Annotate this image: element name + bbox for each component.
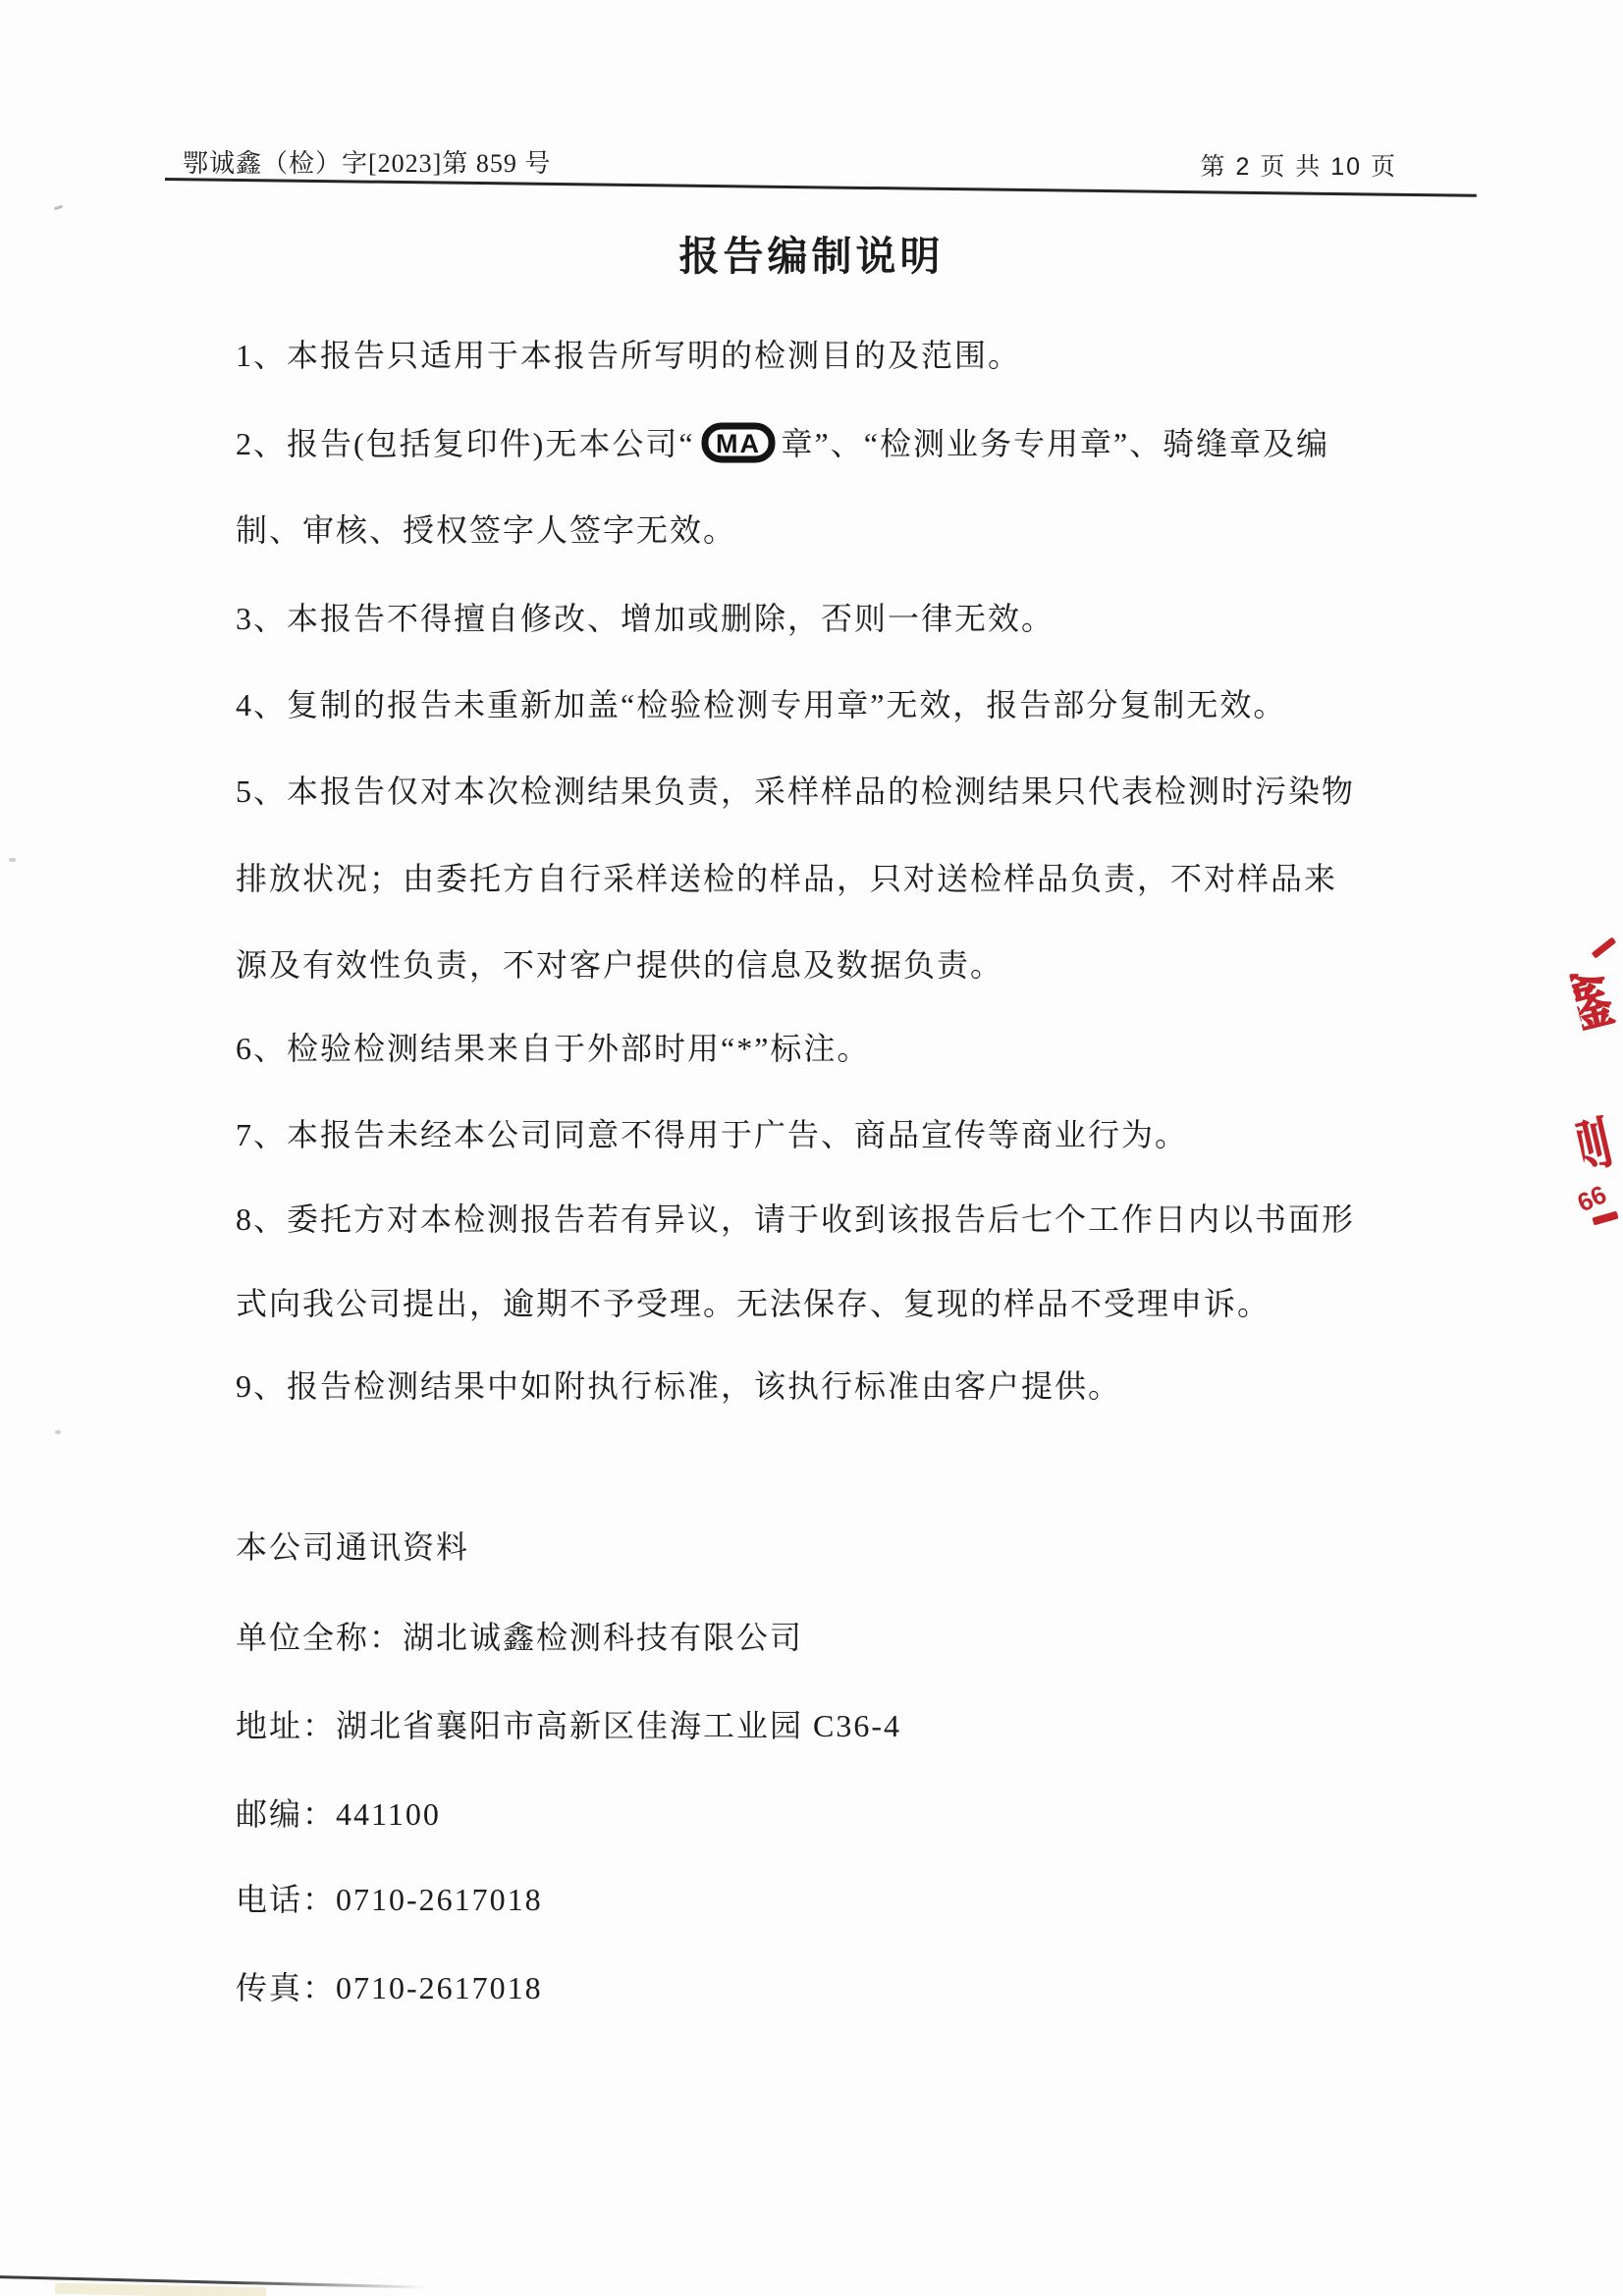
note-item-5-line-3: 源及有效性负责，不对客户提供的信息及数据负责。	[236, 945, 1003, 985]
cma-letters: MA	[716, 429, 761, 458]
contact-phone-label: 电话：	[236, 1882, 336, 1917]
note-item-6: 6、检验检测结果来自于外部时用“*”标注。	[236, 1029, 870, 1068]
contact-phone-row: 电话：0710-2617018	[236, 1880, 543, 1919]
cma-certification-mark-icon: MA	[701, 422, 776, 472]
note-item-2-text-after: 章”、“检测业务专用章”、骑缝章及编	[782, 426, 1330, 461]
contact-address-label: 地址：	[236, 1708, 336, 1743]
contact-heading: 本公司通讯资料	[236, 1527, 469, 1567]
note-item-3: 3、本报告不得擅自修改、增加或删除，否则一律无效。	[236, 599, 1055, 638]
contact-address-value: 湖北省襄阳市高新区佳海工业园 C36-4	[336, 1708, 901, 1743]
report-number: 鄂诚鑫（检）字[2023]第 859 号	[183, 143, 551, 180]
scan-edge-tint	[55, 2283, 266, 2296]
contact-fax-label: 传真：	[236, 1970, 336, 2005]
scan-speckle	[55, 1430, 61, 1434]
note-item-9: 9、报告检测结果中如附执行标准，该执行标准由客户提供。	[236, 1366, 1121, 1406]
contact-phone-value: 0710-2617018	[336, 1882, 543, 1917]
note-item-8-line-1: 8、委托方对本检测报告若有异议，请于收到该报告后七个工作日内以书面形	[236, 1200, 1355, 1239]
note-item-2-line-2: 制、审核、授权签字人签字无效。	[236, 510, 736, 550]
contact-postcode-value: 441100	[336, 1796, 441, 1832]
contact-postcode-label: 邮编：	[236, 1796, 336, 1832]
contact-fax-value: 0710-2617018	[336, 1970, 543, 2005]
scan-speckle	[54, 205, 63, 211]
note-item-8-line-2: 式向我公司提出，逾期不予受理。无法保存、复现的样品不受理申诉。	[236, 1284, 1271, 1323]
document-page: 鄂诚鑫（检）字[2023]第 859 号 第 2 页 共 10 页 报告编制说明…	[0, 0, 1623, 2296]
seam-stamp-glyph-1: 鑫	[1569, 964, 1623, 1045]
page-indicator: 第 2 页 共 10 页	[1201, 147, 1397, 183]
document-title: 报告编制说明	[0, 224, 1623, 282]
note-item-1: 1、本报告只适用于本报告所写明的检测目的及范围。	[236, 336, 1021, 375]
note-item-7: 7、本报告未经本公司同意不得用于广告、商品宣传等商业行为。	[236, 1115, 1188, 1154]
contact-fax-row: 传真：0710-2617018	[236, 1968, 543, 2007]
contact-company-label: 单位全称：	[236, 1620, 403, 1655]
contact-company-value: 湖北诚鑫检测科技有限公司	[403, 1620, 803, 1655]
seam-stamp-glyph-2: 测	[1574, 1111, 1623, 1184]
note-item-5-line-1: 5、本报告仅对本次检测结果负责，采样样品的检测结果只代表检测时污染物	[236, 772, 1355, 811]
note-item-2-line-1: 2、报告(包括复印件)无本公司“MA章”、“检测业务专用章”、骑缝章及编	[236, 422, 1329, 472]
stamp-fragment-stroke	[1592, 936, 1617, 958]
scan-speckle	[9, 858, 16, 862]
contact-address-row: 地址：湖北省襄阳市高新区佳海工业园 C36-4	[236, 1706, 901, 1745]
note-item-5-line-2: 排放状况；由委托方自行采样送检的样品，只对送检样品负责，不对样品来	[236, 859, 1337, 898]
note-item-2-text-before: 2、报告(包括复印件)无本公司“	[236, 426, 695, 461]
contact-postcode-row: 邮编：441100	[236, 1794, 441, 1834]
contact-company-row: 单位全称：湖北诚鑫检测科技有限公司	[236, 1618, 803, 1657]
seam-stamp-fragment-1: 鑫	[1569, 964, 1623, 1050]
note-item-4: 4、复制的报告未重新加盖“检验检测专用章”无效，报告部分复制无效。	[236, 685, 1286, 724]
